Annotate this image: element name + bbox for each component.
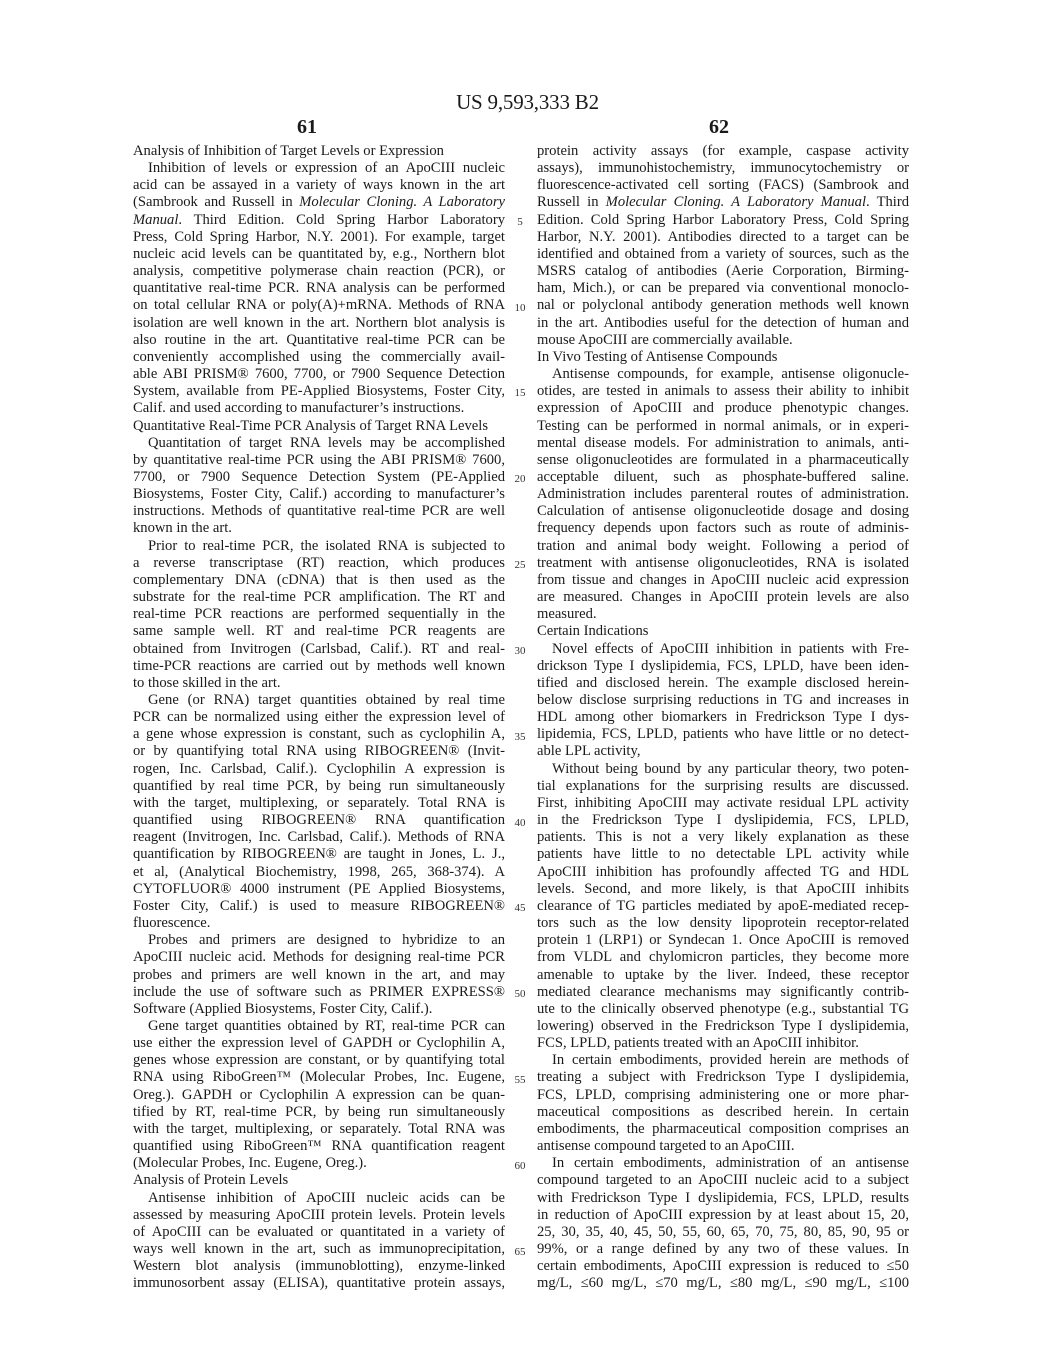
text-line: reagent (Invitrogen, Inc. Carlsbad, Cali… <box>133 829 505 846</box>
text-line: substrate for the real-time PCR amplific… <box>133 589 505 606</box>
text-line: patients. This is not a very likely expl… <box>537 829 909 846</box>
text-line: in the art. Antibodies useful for the de… <box>537 315 909 332</box>
text-line: nucleic acid levels can be quantitated b… <box>133 246 505 263</box>
text-line: tified by RT, real-time PCR, by being ru… <box>133 1104 505 1121</box>
text-line: Press, Cold Spring Harbor, N.Y. 2001). F… <box>133 229 505 246</box>
text-line: assessed by measuring ApoCIII protein le… <box>133 1207 505 1224</box>
text-line: instructions. Methods of quantitative re… <box>133 503 505 520</box>
text-line: Harbor, N.Y. 2001). Antibodies directed … <box>537 229 909 246</box>
text-line: clearance of TG particles mediated by ap… <box>537 898 909 915</box>
text-line: genes whose expression are constant, or … <box>133 1052 505 1069</box>
patent-number: US 9,593,333 B2 <box>0 90 1055 115</box>
text-line: ApoCIII nucleic acid. Methods for design… <box>133 949 505 966</box>
line-number: 20 <box>510 471 530 488</box>
text-line: Probes and primers are designed to hybri… <box>133 932 505 949</box>
text-line: Manual. Third Edition. Cold Spring Harbo… <box>133 212 505 229</box>
text-line: compound targeted to an ApoCIII nucleic … <box>537 1172 909 1189</box>
text-line: a gene whose expression is constant, suc… <box>133 726 505 743</box>
text-line: mg/L, ≤60 mg/L, ≤70 mg/L, ≤80 mg/L, ≤90 … <box>537 1275 909 1292</box>
text-line: tial explanations for the surprising res… <box>537 778 909 795</box>
text-line: otides, are tested in animals to assess … <box>537 383 909 400</box>
line-number: 65 <box>510 1244 530 1261</box>
italic-citation: Molecular Cloning. A Laboratory <box>299 194 505 210</box>
text-line: sense oligonucleotides are formulated in… <box>537 452 909 469</box>
text-line: FCS, LPLD, patients treated with an ApoC… <box>537 1035 909 1052</box>
text-line: System, available from PE-Applied Biosys… <box>133 383 505 400</box>
text-line: below disclose surprising reductions in … <box>537 692 909 709</box>
text-line: measured. <box>537 606 909 623</box>
text-line: Russell in Molecular Cloning. A Laborato… <box>537 194 909 211</box>
text-line: antisense compound targeted to an ApoCII… <box>537 1138 909 1155</box>
text-line: quantified using RIBOGREEN® RNA quantifi… <box>133 812 505 829</box>
text-line: Calculation of antisense oligonucleotide… <box>537 503 909 520</box>
italic-citation: Manual <box>133 212 178 228</box>
text-line: Western blot analysis (immunoblotting), … <box>133 1258 505 1275</box>
text-line: maceutical compositions as described her… <box>537 1104 909 1121</box>
text-line: rogen, Inc. Carlsbad, Calif.). Cyclophil… <box>133 761 505 778</box>
text-line: (Molecular Probes, Inc. Eugene, Oreg.). <box>133 1155 505 1172</box>
text-line: Gene target quantities obtained by RT, r… <box>133 1018 505 1035</box>
section-heading: Analysis of Protein Levels <box>133 1172 505 1189</box>
text-line: 99%, or a range defined by any two of th… <box>537 1241 909 1258</box>
text-line: fluorescence-activated cell sorting (FAC… <box>537 177 909 194</box>
text-line: ApoCIII inhibition has profoundly affect… <box>537 864 909 881</box>
text-line: PCR can be normalized using either the e… <box>133 709 505 726</box>
text-line: assays), immunohistochemistry, immunocyt… <box>537 160 909 177</box>
text-line: same sample well. RT and real-time PCR r… <box>133 623 505 640</box>
text-line: quantitative real-time PCR. RNA analysis… <box>133 280 505 297</box>
text-line: Quantitation of target RNA levels may be… <box>133 435 505 452</box>
text-line: ham, Mich.), or can be prepared via conv… <box>537 280 909 297</box>
text-line: embodiments, the pharmaceutical composit… <box>537 1121 909 1138</box>
text-line: FCS, LPLD, comprising administering one … <box>537 1087 909 1104</box>
text-line: nal or polyclonal antibody generation me… <box>537 297 909 314</box>
line-number: 10 <box>510 300 530 317</box>
left-text-column: Analysis of Inhibition of Target Levels … <box>133 143 505 1292</box>
text-line: patients have little to no detectable LP… <box>537 846 909 863</box>
text-line: conveniently accomplished using the comm… <box>133 349 505 366</box>
text-line: known in the art. <box>133 520 505 537</box>
section-heading: Certain Indications <box>537 623 909 640</box>
text-line: in reduction of ApoCIII expression by at… <box>537 1207 909 1224</box>
text-line: with the target, multiplexing, or separa… <box>133 795 505 812</box>
text-line: able LPL activity, <box>537 743 909 760</box>
text-line: quantified using RiboGreen™ RNA quantifi… <box>133 1138 505 1155</box>
line-number: 40 <box>510 815 530 832</box>
column-number-left: 61 <box>297 116 317 139</box>
text-line: certain embodiments, ApoCIII expression … <box>537 1258 909 1275</box>
text-line: First, inhibiting ApoCIII may activate r… <box>537 795 909 812</box>
text-line: Antisense inhibition of ApoCIII nucleic … <box>133 1190 505 1207</box>
text-line: frequency depends upon factors such as r… <box>537 520 909 537</box>
text-line: Administration includes parenteral route… <box>537 486 909 503</box>
text-line: Oreg.). GAPDH or Cyclophilin A expressio… <box>133 1087 505 1104</box>
text-line: amenable to uptake by the liver. Indeed,… <box>537 967 909 984</box>
text-line: Gene (or RNA) target quantities obtained… <box>133 692 505 709</box>
text-line: CYTOFLUOR® 4000 instrument (PE Applied B… <box>133 881 505 898</box>
text-line: mouse ApoCIII are commercially available… <box>537 332 909 349</box>
section-heading: Quantitative Real-Time PCR Analysis of T… <box>133 418 505 435</box>
text-line: Without being bound by any particular th… <box>537 761 909 778</box>
right-text-column: protein activity assays (for example, ca… <box>537 143 909 1292</box>
section-heading: In Vivo Testing of Antisense Compounds <box>537 349 909 366</box>
text-line: quantified by real time PCR, by being ru… <box>133 778 505 795</box>
text-line: In certain embodiments, administration o… <box>537 1155 909 1172</box>
text-line: 7700, or 7900 Sequence Detection System … <box>133 469 505 486</box>
text-line: et al, (Analytical Biochemistry, 1998, 2… <box>133 864 505 881</box>
text-line: fluorescence. <box>133 915 505 932</box>
text-line: identified and obtained from a variety o… <box>537 246 909 263</box>
text-line: Inhibition of levels or expression of an… <box>133 160 505 177</box>
text-line: Software (Applied Biosystems, Foster Cit… <box>133 1001 505 1018</box>
line-number: 55 <box>510 1072 530 1089</box>
text-line: Testing can be performed in normal anima… <box>537 418 909 435</box>
text-line: real-time PCR reactions are performed se… <box>133 606 505 623</box>
text-line: tified and disclosed herein. The example… <box>537 675 909 692</box>
text-line: In certain embodiments, provided herein … <box>537 1052 909 1069</box>
column-number-right: 62 <box>709 116 729 139</box>
text-line: drickson Type I dyslipidemia, FCS, LPLD,… <box>537 658 909 675</box>
text-line: use either the expression level of GAPDH… <box>133 1035 505 1052</box>
text-line: complementary DNA (cDNA) that is then us… <box>133 572 505 589</box>
text-line: ways well known in the art, such as immu… <box>133 1241 505 1258</box>
text-line: levels. Second, and more likely, is that… <box>537 881 909 898</box>
text-line: of ApoCIII can be evaluated or quantitat… <box>133 1224 505 1241</box>
text-line: Prior to real-time PCR, the isolated RNA… <box>133 538 505 555</box>
text-line: lipidemia, FCS, LPLD, patients who have … <box>537 726 909 743</box>
text-line: in the Fredrickson Type I dyslipidemia, … <box>537 812 909 829</box>
text-line: include the use of software such as PRIM… <box>133 984 505 1001</box>
line-number: 30 <box>510 643 530 660</box>
text-line: protein activity assays (for example, ca… <box>537 143 909 160</box>
text-line: tors such as the low density lipoprotein… <box>537 915 909 932</box>
text-line: Antisense compounds, for example, antise… <box>537 366 909 383</box>
text-line: are measured. Changes in ApoCIII protein… <box>537 589 909 606</box>
line-number: 60 <box>510 1158 530 1175</box>
section-heading: Analysis of Inhibition of Target Levels … <box>133 143 505 160</box>
text-line: on total cellular RNA or poly(A)+mRNA. M… <box>133 297 505 314</box>
text-line: MSRS catalog of antibodies (Aerie Corpor… <box>537 263 909 280</box>
text-line: treating a subject with Fredrickson Type… <box>537 1069 909 1086</box>
text-line: time-PCR reactions are carried out by me… <box>133 658 505 675</box>
line-number: 45 <box>510 900 530 917</box>
text-line: analysis, competitive polymerase chain r… <box>133 263 505 280</box>
text-line: (Sambrook and Russell in Molecular Cloni… <box>133 194 505 211</box>
text-line: obtained from Invitrogen (Carlsbad, Cali… <box>133 641 505 658</box>
line-number: 50 <box>510 986 530 1003</box>
text-line: Biosystems, Foster City, Calif.) accordi… <box>133 486 505 503</box>
text-line: a reverse transcriptase (RT) reaction, w… <box>133 555 505 572</box>
text-line: mental disease models. For administratio… <box>537 435 909 452</box>
text-line: HDL among other biomarkers in Fredrickso… <box>537 709 909 726</box>
text-line: RNA using RiboGreen™ (Molecular Probes, … <box>133 1069 505 1086</box>
text-line: from tissue and changes in ApoCIII nucle… <box>537 572 909 589</box>
text-line: with the target, multiplexing, or separa… <box>133 1121 505 1138</box>
text-line: Novel effects of ApoCIII inhibition in p… <box>537 641 909 658</box>
text-line: expression of ApoCIII and produce phenot… <box>537 400 909 417</box>
text-line: ute to the clinically observed phenotype… <box>537 1001 909 1018</box>
text-line: with Fredrickson Type I dyslipidemia, FC… <box>537 1190 909 1207</box>
text-line: quantification by RIBOGREEN® are taught … <box>133 846 505 863</box>
text-line: 25, 30, 35, 40, 45, 50, 55, 60, 65, 70, … <box>537 1224 909 1241</box>
text-line: able ABI PRISM® 7600, 7700, or 7900 Sequ… <box>133 366 505 383</box>
text-line: Foster City, Calif.) is used to measure … <box>133 898 505 915</box>
text-line: isolation are well known in the art. Nor… <box>133 315 505 332</box>
text-line: Edition. Cold Spring Harbor Laboratory P… <box>537 212 909 229</box>
text-line: by quantitative real-time PCR using the … <box>133 452 505 469</box>
text-line: or by quantifying total RNA using RIBOGR… <box>133 743 505 760</box>
text-line: acceptable diluent, such as phosphate-bu… <box>537 469 909 486</box>
text-line: also routine in the art. Quantitative re… <box>133 332 505 349</box>
text-line: tration and animal body weight. Followin… <box>537 538 909 555</box>
line-number: 5 <box>510 214 530 231</box>
line-number: 15 <box>510 385 530 402</box>
text-line: treatment with antisense oligonucleotide… <box>537 555 909 572</box>
text-line: Calif. and used according to manufacture… <box>133 400 505 417</box>
line-number: 25 <box>510 557 530 574</box>
text-line: protein 1 (LRP1) or Syndecan 1. Once Apo… <box>537 932 909 949</box>
italic-citation: Molecular Cloning. A Laboratory Manual <box>606 194 866 210</box>
text-line: probes and primers are well known in the… <box>133 967 505 984</box>
text-line: from VLDL and chylomicron particles, the… <box>537 949 909 966</box>
text-line: lowering) observed in the Fredrickson Ty… <box>537 1018 909 1035</box>
text-line: mediated clearance mechanisms may signif… <box>537 984 909 1001</box>
text-line: immunosorbent assay (ELISA), quantitativ… <box>133 1275 505 1292</box>
line-number: 35 <box>510 729 530 746</box>
text-line: to those skilled in the art. <box>133 675 505 692</box>
text-line: acid can be assayed in a variety of ways… <box>133 177 505 194</box>
